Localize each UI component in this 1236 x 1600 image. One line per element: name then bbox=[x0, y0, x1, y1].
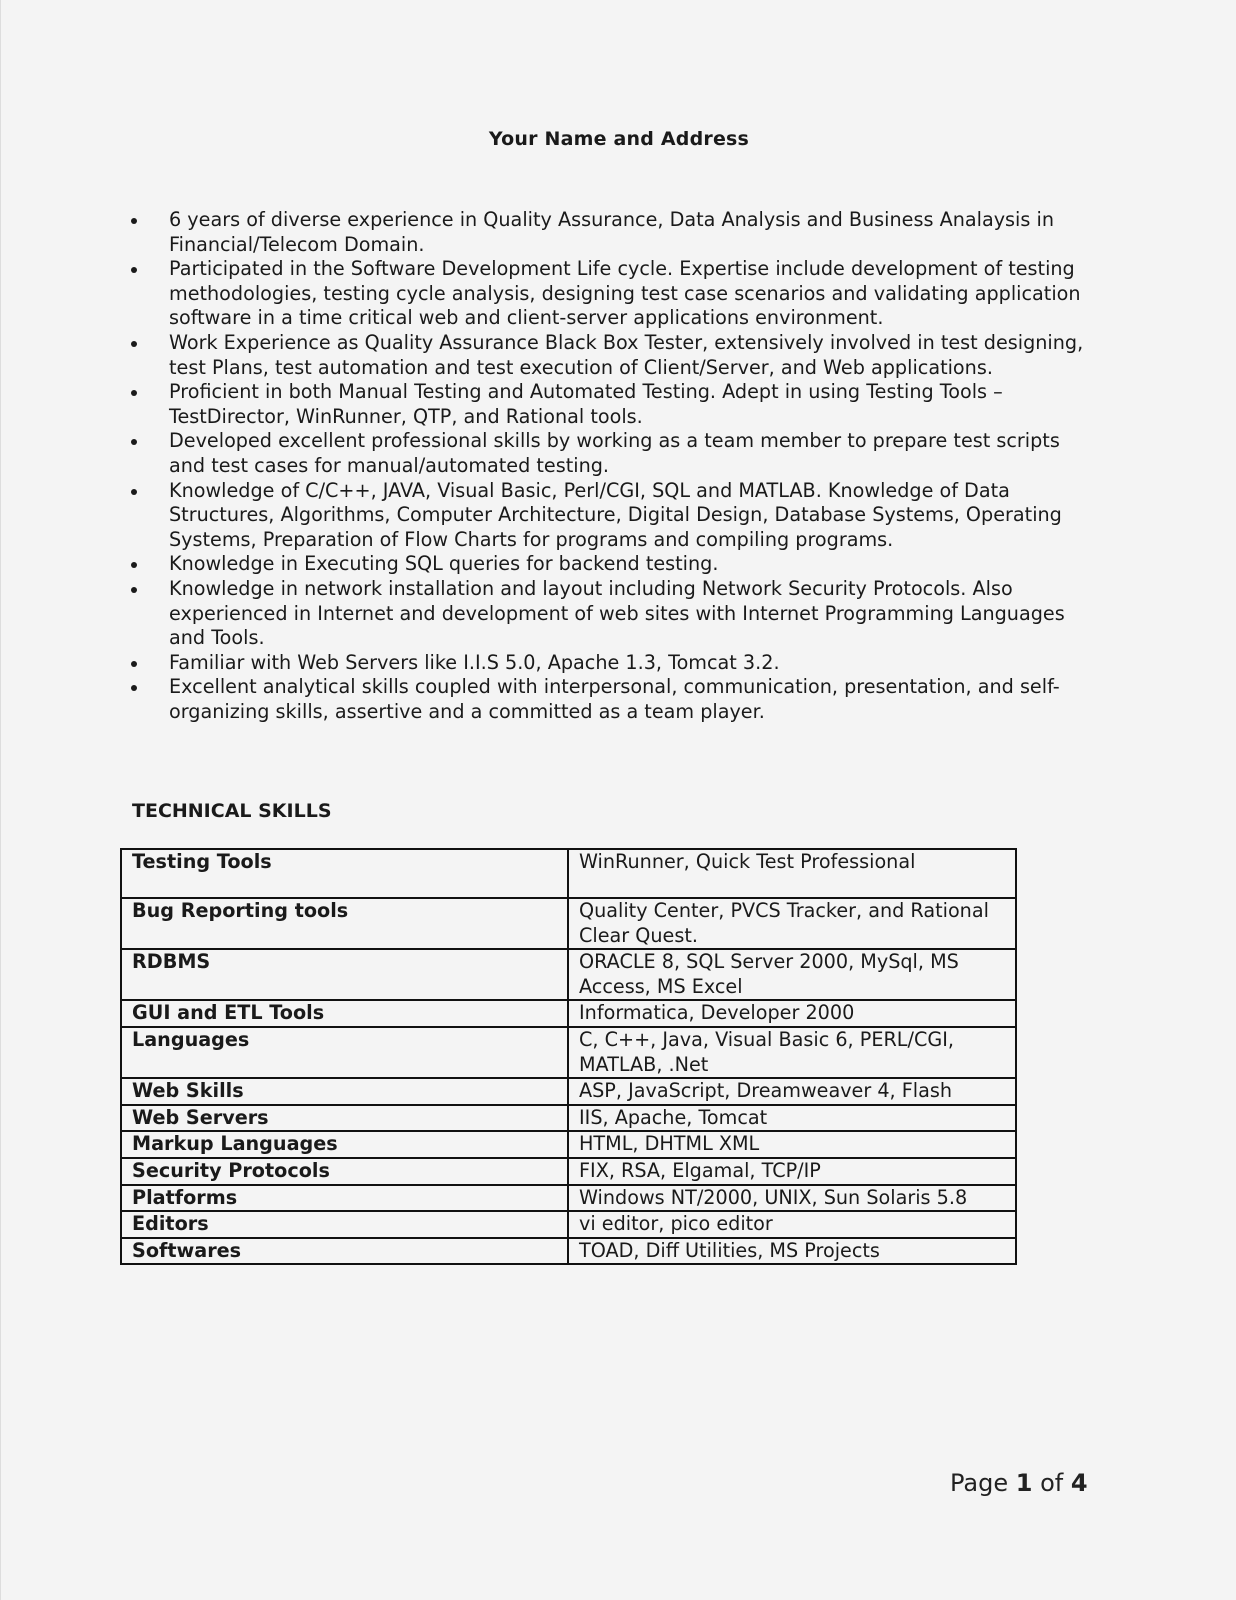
page-label: Page bbox=[950, 1469, 1008, 1497]
table-row: RDBMSORACLE 8, SQL Server 2000, MySql, M… bbox=[121, 949, 1016, 1000]
summary-bullet: Familiar with Web Servers like I.I.S 5.0… bbox=[129, 651, 1089, 676]
technical-skills-table: Testing ToolsWinRunner, Quick Test Profe… bbox=[120, 848, 1017, 1265]
table-row: Testing ToolsWinRunner, Quick Test Profe… bbox=[121, 849, 1016, 898]
skill-value: Windows NT/2000, UNIX, Sun Solaris 5.8 bbox=[568, 1185, 1016, 1212]
skill-value: ORACLE 8, SQL Server 2000, MySql, MS Acc… bbox=[568, 949, 1016, 1000]
bullet-text: Familiar with Web Servers like I.I.S 5.0… bbox=[169, 651, 780, 674]
skill-value: HTML, DHTML XML bbox=[568, 1131, 1016, 1158]
summary-bullet: Excellent analytical skills coupled with… bbox=[129, 675, 1089, 724]
bullet-icon bbox=[131, 218, 137, 224]
skill-category: Softwares bbox=[121, 1238, 568, 1265]
table-row: Editorsvi editor, pico editor bbox=[121, 1211, 1016, 1238]
current-page: 1 bbox=[1016, 1469, 1033, 1497]
skill-category: Testing Tools bbox=[121, 849, 568, 898]
bullet-text: Participated in the Software Development… bbox=[169, 257, 1081, 329]
bullet-text: Proficient in both Manual Testing and Au… bbox=[169, 380, 1003, 428]
bullet-icon bbox=[131, 685, 137, 691]
bullet-text: Work Experience as Quality Assurance Bla… bbox=[169, 331, 1083, 379]
skill-category: Platforms bbox=[121, 1185, 568, 1212]
table-row: PlatformsWindows NT/2000, UNIX, Sun Sola… bbox=[121, 1185, 1016, 1212]
summary-bullet: Knowledge in network installation and la… bbox=[129, 577, 1089, 651]
skill-category: RDBMS bbox=[121, 949, 568, 1000]
total-pages: 4 bbox=[1071, 1469, 1088, 1497]
of-label: of bbox=[1040, 1469, 1063, 1497]
skill-category: Editors bbox=[121, 1211, 568, 1238]
table-row: Bug Reporting toolsQuality Center, PVCS … bbox=[121, 898, 1016, 949]
skill-value: IIS, Apache, Tomcat bbox=[568, 1105, 1016, 1132]
document-page: Your Name and Address 6 years of diverse… bbox=[0, 0, 1236, 1600]
summary-bullet: 6 years of diverse experience in Quality… bbox=[129, 208, 1089, 257]
skill-value: C, C++, Java, Visual Basic 6, PERL/CGI, … bbox=[568, 1027, 1016, 1078]
bullet-icon bbox=[131, 439, 137, 445]
skill-category: Web Servers bbox=[121, 1105, 568, 1132]
skill-value: ASP, JavaScript, Dreamweaver 4, Flash bbox=[568, 1078, 1016, 1105]
skill-value: Informatica, Developer 2000 bbox=[568, 1000, 1016, 1027]
summary-bullet: Knowledge in Executing SQL queries for b… bbox=[129, 552, 1089, 577]
table-row: LanguagesC, C++, Java, Visual Basic 6, P… bbox=[121, 1027, 1016, 1078]
table-row: GUI and ETL ToolsInformatica, Developer … bbox=[121, 1000, 1016, 1027]
table-row: Markup LanguagesHTML, DHTML XML bbox=[121, 1131, 1016, 1158]
page-indicator: Page 1 of 4 bbox=[950, 1469, 1088, 1497]
skill-category: Markup Languages bbox=[121, 1131, 568, 1158]
bullet-icon bbox=[131, 562, 137, 568]
skill-category: Languages bbox=[121, 1027, 568, 1078]
skill-category: Web Skills bbox=[121, 1078, 568, 1105]
skill-value: vi editor, pico editor bbox=[568, 1211, 1016, 1238]
bullet-icon bbox=[131, 587, 137, 593]
skill-value: WinRunner, Quick Test Professional bbox=[568, 849, 1016, 898]
bullet-icon bbox=[131, 267, 137, 273]
table-row: Web SkillsASP, JavaScript, Dreamweaver 4… bbox=[121, 1078, 1016, 1105]
skill-category: Bug Reporting tools bbox=[121, 898, 568, 949]
summary-bullet: Participated in the Software Development… bbox=[129, 257, 1089, 331]
summary-bullet: Knowledge of C/C++, JAVA, Visual Basic, … bbox=[129, 479, 1089, 553]
bullet-text: Knowledge in network installation and la… bbox=[169, 577, 1065, 649]
skill-value: TOAD, Diff Utilities, MS Projects bbox=[568, 1238, 1016, 1265]
technical-skills-heading: TECHNICAL SKILLS bbox=[132, 800, 332, 822]
summary-bullet: Work Experience as Quality Assurance Bla… bbox=[129, 331, 1089, 380]
summary-list: 6 years of diverse experience in Quality… bbox=[129, 208, 1089, 724]
table-row: Web ServersIIS, Apache, Tomcat bbox=[121, 1105, 1016, 1132]
skill-category: GUI and ETL Tools bbox=[121, 1000, 568, 1027]
summary-bullet: Developed excellent professional skills … bbox=[129, 429, 1089, 478]
bullet-text: Developed excellent professional skills … bbox=[169, 429, 1060, 477]
bullet-text: Knowledge of C/C++, JAVA, Visual Basic, … bbox=[169, 479, 1062, 551]
skill-category: Security Protocols bbox=[121, 1158, 568, 1185]
table-row: Security ProtocolsFIX, RSA, Elgamal, TCP… bbox=[121, 1158, 1016, 1185]
table-row: SoftwaresTOAD, Diff Utilities, MS Projec… bbox=[121, 1238, 1016, 1265]
bullet-text: Knowledge in Executing SQL queries for b… bbox=[169, 552, 718, 575]
bullet-text: Excellent analytical skills coupled with… bbox=[169, 675, 1060, 723]
bullet-text: 6 years of diverse experience in Quality… bbox=[169, 208, 1054, 256]
skill-value: Quality Center, PVCS Tracker, and Ration… bbox=[568, 898, 1016, 949]
bullet-icon bbox=[131, 390, 137, 396]
summary-bullet: Proficient in both Manual Testing and Au… bbox=[129, 380, 1089, 429]
bullet-icon bbox=[131, 489, 137, 495]
bullet-icon bbox=[131, 661, 137, 667]
skill-value: FIX, RSA, Elgamal, TCP/IP bbox=[568, 1158, 1016, 1185]
document-title: Your Name and Address bbox=[1, 128, 1236, 150]
bullet-icon bbox=[131, 341, 137, 347]
